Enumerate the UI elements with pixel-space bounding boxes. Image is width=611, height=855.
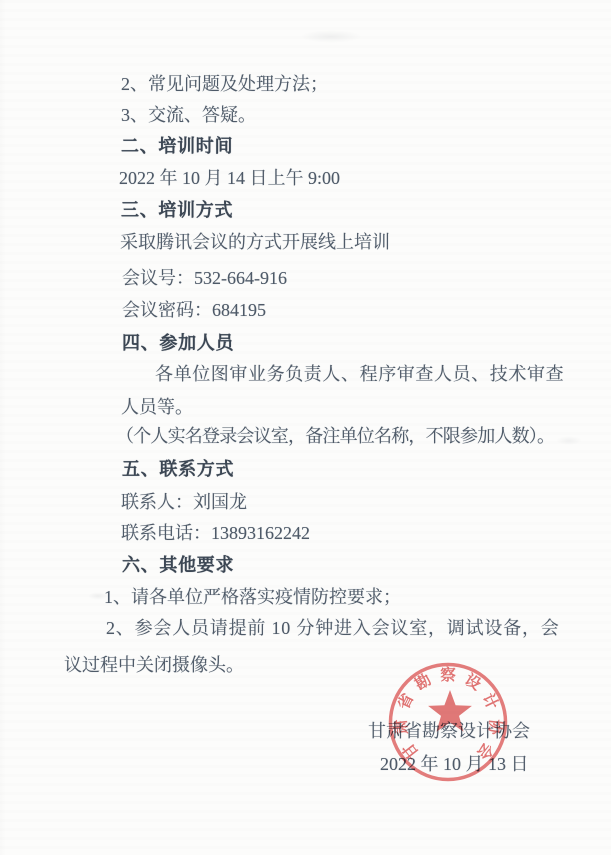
- seal-arc-char: 协: [485, 718, 505, 736]
- doc-text-line: 采取腾讯会议的方式开展线上培训: [120, 232, 390, 252]
- scan-smudge: [300, 30, 362, 43]
- doc-heading-line: 四、参加人员: [122, 333, 234, 353]
- doc-text-line: 3、交流、答疑。: [121, 105, 256, 125]
- doc-text-line: （个人实名登录会议室，备注单位名称，不限参加人数）。: [116, 426, 554, 446]
- doc-text-line: 联系人：刘国龙: [121, 492, 247, 512]
- star-icon: [428, 690, 472, 732]
- doc-heading-line: 三、培训方式: [121, 200, 233, 220]
- doc-text-line: 联系电话：13893162242: [121, 523, 310, 543]
- doc-text-line: 会议号：532-664-916: [122, 268, 287, 288]
- doc-heading-line: 二、培训时间: [121, 136, 233, 156]
- document-page: 2、常见问题及处理方法；3、交流、答疑。二、培训时间2022 年 10 月 14…: [0, 0, 611, 855]
- doc-text-line: 各单位图审业务负责人、程序审查人员、技术审查: [155, 364, 564, 384]
- scan-smudge: [556, 436, 582, 445]
- doc-text-line: 议过程中关闭摄像头。: [64, 655, 244, 675]
- doc-text-line: 人员等。: [121, 397, 193, 417]
- doc-heading-line: 六、其他要求: [122, 555, 234, 575]
- doc-heading-line: 五、联系方式: [122, 459, 234, 479]
- doc-text-line: 1、请各单位严格落实疫情防控要求；: [104, 587, 401, 607]
- doc-text-line: 2022 年 10 月 14 日上午 9:00: [119, 168, 340, 188]
- doc-text-line: 2、参会人员请提前 10 分钟进入会议室，调试设备，会: [106, 618, 560, 638]
- seal-arc-char: 会: [473, 739, 498, 763]
- doc-text-line: 会议密码：684195: [122, 300, 266, 320]
- doc-text-line: 2、常见问题及处理方法；: [121, 74, 328, 94]
- seal-arc-char: 肃: [390, 718, 411, 736]
- official-seal: 甘肃省勘察设计协会: [373, 647, 523, 797]
- seal-arc-char: 察: [440, 665, 456, 684]
